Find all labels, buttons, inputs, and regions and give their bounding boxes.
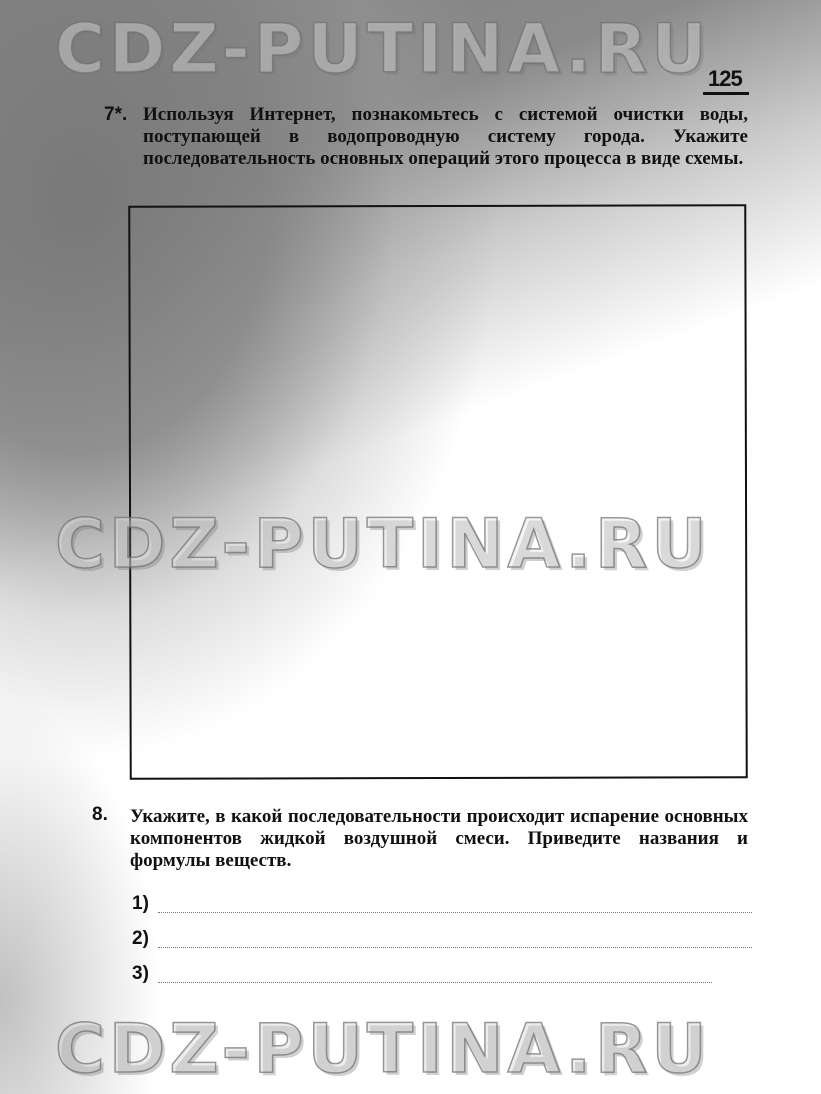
- answer-line-1[interactable]: 1): [132, 893, 752, 915]
- diagram-answer-box[interactable]: [128, 204, 748, 780]
- watermark-top: CDZ-PUTINA.RU: [55, 10, 711, 89]
- answer-label-1: 1): [132, 893, 149, 915]
- task8-number: 8.: [92, 804, 108, 826]
- task7-text: Используя Интернет, познакомьтесь с сист…: [143, 104, 748, 170]
- answer-field-1[interactable]: [158, 912, 752, 913]
- task8-question: Укажите, в какой последовательности прои…: [130, 806, 748, 872]
- answer-line-2[interactable]: 2): [132, 928, 752, 950]
- task8-text: Укажите, в какой последовательности прои…: [130, 806, 748, 872]
- page-number: 125: [708, 66, 742, 92]
- answer-label-3: 3): [132, 963, 149, 985]
- task7-question: Используя Интернет, познакомьтесь с сист…: [143, 104, 748, 170]
- answer-line-3[interactable]: 3): [132, 963, 712, 985]
- answer-label-2: 2): [132, 928, 149, 950]
- answer-field-3[interactable]: [158, 982, 712, 983]
- answer-field-2[interactable]: [158, 947, 752, 948]
- page-number-underline: [703, 92, 749, 95]
- watermark-bottom: CDZ-PUTINA.RU: [55, 1010, 711, 1089]
- task7-number: 7*.: [104, 104, 127, 126]
